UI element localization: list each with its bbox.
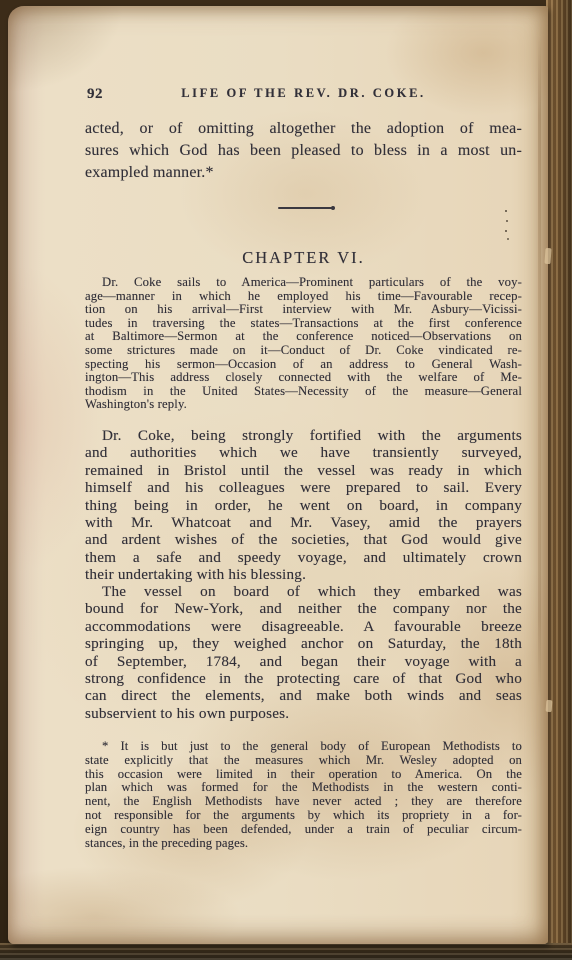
text-line: sures which God has been pleased to bles… bbox=[85, 140, 522, 162]
text-line: Washington's reply. bbox=[85, 398, 522, 412]
text-line: ington—This address closely connected wi… bbox=[85, 371, 522, 385]
text-line: The vessel on board of which they embark… bbox=[85, 583, 522, 600]
text-line: thodism in the United States—Necessity o… bbox=[85, 385, 522, 399]
footnote-paragraph: * It is but just to the general body of … bbox=[85, 740, 522, 850]
text-line: bound for New-York, and neither the comp… bbox=[85, 600, 522, 617]
text-line: some strictures made on it—Conduct of Dr… bbox=[85, 344, 522, 358]
book-page: 92 LIFE OF THE REV. DR. COKE. acted, or … bbox=[8, 6, 548, 944]
text-line: Dr. Coke sails to America—Prominent part… bbox=[85, 276, 522, 290]
body-paragraph-2: The vessel on board of which they embark… bbox=[85, 583, 522, 722]
text-line: specting his sermon—Occasion of an addre… bbox=[85, 358, 522, 372]
text-line: springing up, they weighed anchor on Sat… bbox=[85, 635, 522, 652]
text-line: their undertaking with his blessing. bbox=[85, 566, 522, 583]
text-line: acted, or of omitting altogether the ado… bbox=[85, 118, 522, 140]
text-line: accommodations were disagreeable. A favo… bbox=[85, 618, 522, 635]
ink-specks bbox=[505, 210, 507, 212]
text-line: eign country has been defended, under a … bbox=[85, 823, 522, 837]
page-number: 92 bbox=[87, 86, 103, 103]
text-line: and ardent wishes of the societies, that… bbox=[85, 531, 522, 548]
text-line: himself and his colleagues were prepared… bbox=[85, 479, 522, 496]
text-line: * It is but just to the general body of … bbox=[85, 740, 522, 754]
text-line: Dr. Coke, being strongly fortified with … bbox=[85, 427, 522, 444]
chapter-heading: CHAPTER VI. bbox=[85, 248, 522, 268]
page-crease bbox=[538, 36, 541, 696]
book-photo-background: 92 LIFE OF THE REV. DR. COKE. acted, or … bbox=[0, 0, 572, 960]
page-header: 92 LIFE OF THE REV. DR. COKE. bbox=[85, 86, 522, 106]
text-line: stances, in the preceding pages. bbox=[85, 837, 522, 851]
running-title: LIFE OF THE REV. DR. COKE. bbox=[85, 86, 522, 101]
text-line: with Mr. Whatcoat and Mr. Vasey, amid th… bbox=[85, 514, 522, 531]
text-line: tudes in traversing the states—Transacti… bbox=[85, 317, 522, 331]
text-line: state explicitly that the measures which… bbox=[85, 754, 522, 768]
text-line: not responsible for the arguments by whi… bbox=[85, 809, 522, 823]
text-line: age—manner in which he employed his time… bbox=[85, 290, 522, 304]
text-line: can direct the elements, and make both w… bbox=[85, 687, 522, 704]
page-edge-notch bbox=[544, 248, 551, 264]
text-line: at Baltimore—Sermon at the conference no… bbox=[85, 330, 522, 344]
text-line: remained in Bristol until the vessel was… bbox=[85, 462, 522, 479]
text-line: of September, 1784, and began their voya… bbox=[85, 653, 522, 670]
page-edge-notch bbox=[546, 700, 553, 712]
text-line: them a safe and speedy voyage, and ultim… bbox=[85, 549, 522, 566]
text-line: this occasion were limited in their oper… bbox=[85, 768, 522, 782]
text-line: exampled manner.* bbox=[85, 162, 522, 184]
chapter-summary: Dr. Coke sails to America—Prominent part… bbox=[85, 276, 522, 412]
text-line: plan which was formed for the Methodists… bbox=[85, 781, 522, 795]
text-line: tion on his arrival—First interview with… bbox=[85, 303, 522, 317]
text-line: strong confidence in the protecting care… bbox=[85, 670, 522, 687]
text-line: nent, the English Methodists have never … bbox=[85, 795, 522, 809]
section-divider-rule bbox=[278, 207, 334, 209]
body-paragraph-1: Dr. Coke, being strongly fortified with … bbox=[85, 427, 522, 584]
text-line: and authorities which we have transientl… bbox=[85, 444, 522, 461]
page-stack-edge-right bbox=[546, 0, 572, 960]
page-stack-edge-bottom bbox=[0, 943, 572, 960]
text-line: thing being in order, he went on board, … bbox=[85, 497, 522, 514]
text-line: subservient to his own purposes. bbox=[85, 705, 522, 722]
intro-paragraph: acted, or of omitting altogether the ado… bbox=[85, 118, 522, 184]
